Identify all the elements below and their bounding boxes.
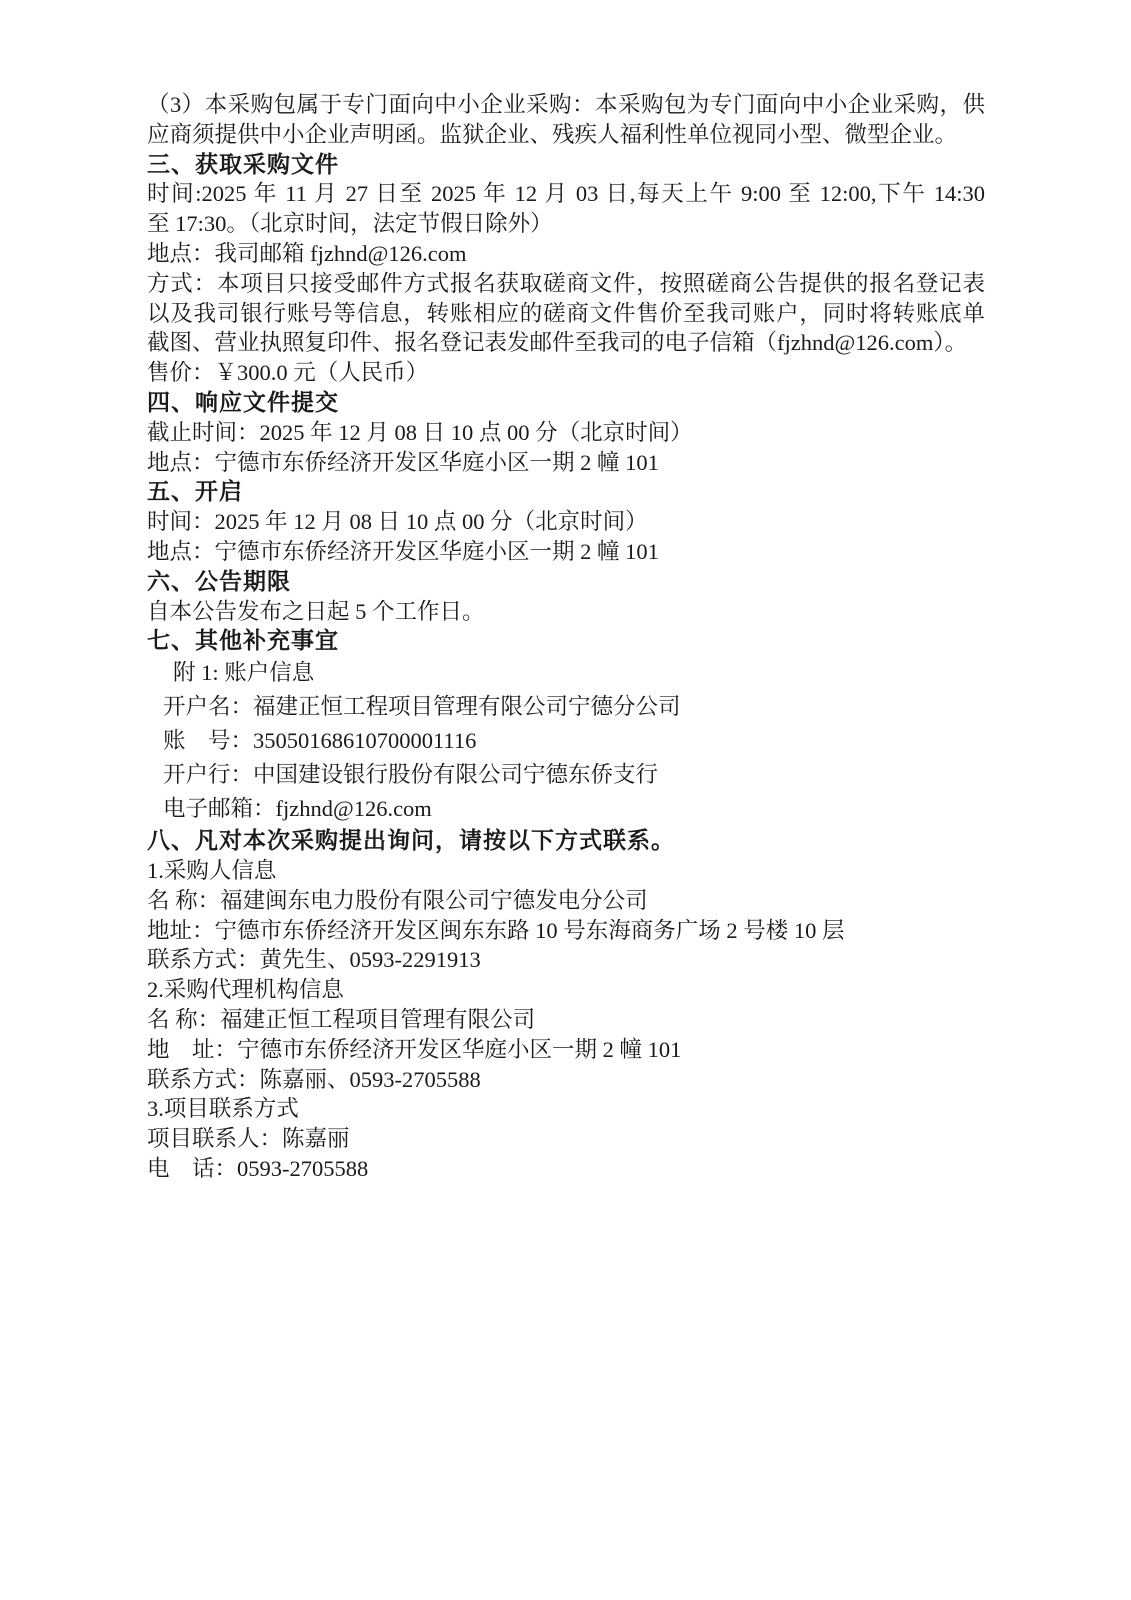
agency-name: 名 称：福建正恒工程项目管理有限公司 xyxy=(147,1005,985,1035)
section-5-heading-line: 五、开启 xyxy=(147,477,985,507)
obtain-location-line: 地点：我司邮箱 fjzhnd@126.com xyxy=(147,239,985,269)
project-phone-line: 电 话：0593-2705588 xyxy=(147,1154,985,1184)
purchaser-address-line: 地址：宁德市东侨经济开发区闽东东路 10 号东海商务广场 2 号楼 10 层 xyxy=(147,916,985,946)
project-contact-person-line: 项目联系人：陈嘉丽 xyxy=(147,1124,985,1154)
agency-info-heading: 2.采购代理机构信息 xyxy=(147,975,985,1005)
section-5-heading: 五、开启 xyxy=(147,477,985,507)
document-content: （3）本采购包属于专门面向中小企业采购：本采购包为专门面向中小企业采购，供应商须… xyxy=(147,90,985,1184)
opening-time-line: 时间：2025 年 12 月 08 日 10 点 00 分（北京时间） xyxy=(147,507,985,537)
attachment-1-title: 附 1: 账户信息 xyxy=(147,656,985,690)
section-7-heading-line: 七、其他补充事宜 xyxy=(147,626,985,656)
agency-address-line: 地 址：宁德市东侨经济开发区华庭小区一期 2 幢 101 xyxy=(147,1035,985,1065)
agency-name-line: 名 称：福建正恒工程项目管理有限公司 xyxy=(147,1005,985,1035)
email-address-line: 电子邮箱：fjzhnd@126.com xyxy=(147,792,985,826)
project-contact-person: 项目联系人：陈嘉丽 xyxy=(147,1124,985,1154)
obtain-time-line: 至 17:30。（北京时间，法定节假日除外） xyxy=(147,209,985,239)
project-contact-heading: 3.项目联系方式 xyxy=(147,1094,985,1124)
agency-contact: 联系方式：陈嘉丽、0593-2705588 xyxy=(147,1065,985,1095)
obtain-method: 方式：本项目只接受邮件方式报名获取磋商文件，按照磋商公告提供的报名登记表以及我司… xyxy=(147,269,985,358)
account-number: 账 号：35050168610700001116 xyxy=(147,724,985,758)
announcement-period-line: 自本公告发布之日起 5 个工作日。 xyxy=(147,597,985,627)
submission-location-line: 地点：宁德市东侨经济开发区华庭小区一期 2 幢 101 xyxy=(147,448,985,478)
account-number-line: 账 号：35050168610700001116 xyxy=(147,724,985,758)
opening-location: 地点：宁德市东侨经济开发区华庭小区一期 2 幢 101 xyxy=(147,537,985,567)
opening-location-line: 地点：宁德市东侨经济开发区华庭小区一期 2 幢 101 xyxy=(147,537,985,567)
account-holder-name-line: 开户名：福建正恒工程项目管理有限公司宁德分公司 xyxy=(147,690,985,724)
smb-declaration-note-line: （3）本采购包属于专门面向中小企业采购：本采购包为专门面向中小企业采购，供 xyxy=(147,90,985,120)
section-8-heading: 八、凡对本次采购提出询问，请按以下方式联系。 xyxy=(147,826,985,856)
obtain-method-line: 方式：本项目只接受邮件方式报名获取磋商文件，按照磋商公告提供的报名登记表 xyxy=(147,269,985,299)
bank-name: 开户行：中国建设银行股份有限公司宁德东侨支行 xyxy=(147,758,985,792)
obtain-method-line: 以及我司银行账号等信息，转账相应的磋商文件售价至我司账户，同时将转账底单 xyxy=(147,299,985,329)
agency-contact-line: 联系方式：陈嘉丽、0593-2705588 xyxy=(147,1065,985,1095)
obtain-time-line: 时间:2025 年 11 月 27 日至 2025 年 12 月 03 日,每天… xyxy=(147,179,985,209)
section-3-heading: 三、获取采购文件 xyxy=(147,150,985,180)
bank-name-line: 开户行：中国建设银行股份有限公司宁德东侨支行 xyxy=(147,758,985,792)
purchaser-contact-line: 联系方式：黄先生、0593-2291913 xyxy=(147,945,985,975)
obtain-location: 地点：我司邮箱 fjzhnd@126.com xyxy=(147,239,985,269)
opening-time: 时间：2025 年 12 月 08 日 10 点 00 分（北京时间） xyxy=(147,507,985,537)
section-6-heading-line: 六、公告期限 xyxy=(147,567,985,597)
purchaser-info-heading: 1.采购人信息 xyxy=(147,856,985,886)
purchaser-name: 名 称：福建闽东电力股份有限公司宁德发电分公司 xyxy=(147,886,985,916)
email-address: 电子邮箱：fjzhnd@126.com xyxy=(147,792,985,826)
section-3-heading-line: 三、获取采购文件 xyxy=(147,150,985,180)
attachment-1-title-line: 附 1: 账户信息 xyxy=(147,656,985,690)
agency-address: 地 址：宁德市东侨经济开发区华庭小区一期 2 幢 101 xyxy=(147,1035,985,1065)
submission-location: 地点：宁德市东侨经济开发区华庭小区一期 2 幢 101 xyxy=(147,448,985,478)
purchaser-info-heading-line: 1.采购人信息 xyxy=(147,856,985,886)
document-price-line: 售价：￥300.0 元（人民币） xyxy=(147,358,985,388)
purchaser-address: 地址：宁德市东侨经济开发区闽东东路 10 号东海商务广场 2 号楼 10 层 xyxy=(147,916,985,946)
project-contact-heading-line: 3.项目联系方式 xyxy=(147,1094,985,1124)
section-4-heading-line: 四、响应文件提交 xyxy=(147,388,985,418)
purchaser-name-line: 名 称：福建闽东电力股份有限公司宁德发电分公司 xyxy=(147,886,985,916)
smb-declaration-note: （3）本采购包属于专门面向中小企业采购：本采购包为专门面向中小企业采购，供应商须… xyxy=(147,90,985,150)
section-4-heading: 四、响应文件提交 xyxy=(147,388,985,418)
obtain-method-line: 截图、营业执照复印件、报名登记表发邮件至我司的电子信箱（fjzhnd@126.c… xyxy=(147,328,985,358)
account-holder-name: 开户名：福建正恒工程项目管理有限公司宁德分公司 xyxy=(147,690,985,724)
document-price: 售价：￥300.0 元（人民币） xyxy=(147,358,985,388)
section-7-heading: 七、其他补充事宜 xyxy=(147,626,985,656)
section-8-heading-line: 八、凡对本次采购提出询问，请按以下方式联系。 xyxy=(147,826,985,856)
announcement-period: 自本公告发布之日起 5 个工作日。 xyxy=(147,597,985,627)
submission-deadline-line: 截止时间：2025 年 12 月 08 日 10 点 00 分（北京时间） xyxy=(147,418,985,448)
smb-declaration-note-line: 应商须提供中小企业声明函。监狱企业、残疾人福利性单位视同小型、微型企业。 xyxy=(147,120,985,150)
submission-deadline: 截止时间：2025 年 12 月 08 日 10 点 00 分（北京时间） xyxy=(147,418,985,448)
document-page: （3）本采购包属于专门面向中小企业采购：本采购包为专门面向中小企业采购，供应商须… xyxy=(0,0,1131,1600)
obtain-time: 时间:2025 年 11 月 27 日至 2025 年 12 月 03 日,每天… xyxy=(147,179,985,239)
purchaser-contact: 联系方式：黄先生、0593-2291913 xyxy=(147,945,985,975)
agency-info-heading-line: 2.采购代理机构信息 xyxy=(147,975,985,1005)
section-6-heading: 六、公告期限 xyxy=(147,567,985,597)
project-phone: 电 话：0593-2705588 xyxy=(147,1154,985,1184)
